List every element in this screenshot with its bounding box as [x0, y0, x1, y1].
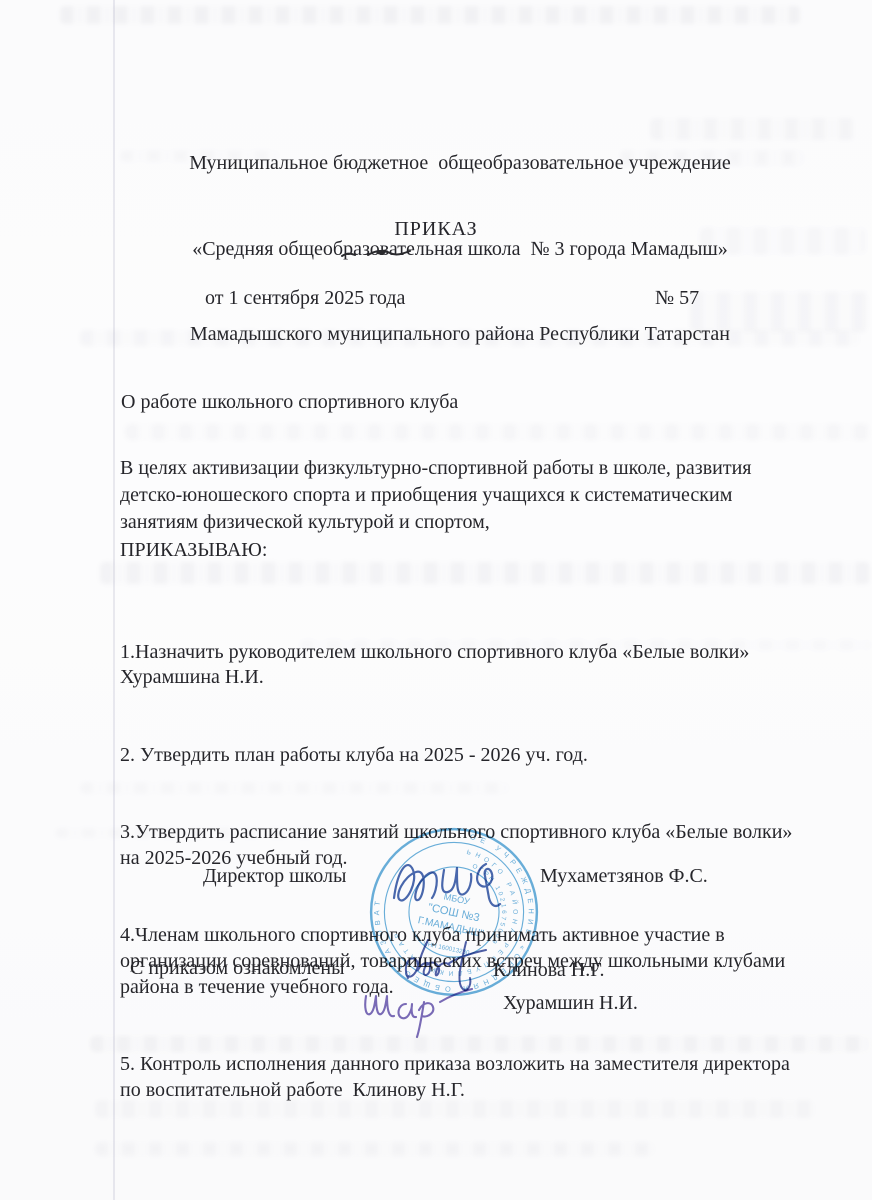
order-title: ПРИКАЗ: [0, 216, 872, 243]
director-name: Мухаметзянов Ф.С.: [540, 863, 708, 890]
order-item: 1.Назначить руководителем школьного спор…: [120, 640, 796, 692]
ink-squiggle-mark: [340, 246, 414, 260]
scan-artifact: [125, 424, 870, 440]
order-number: № 57: [655, 285, 699, 312]
acknowledged-signature-2: [360, 980, 476, 1040]
acknowledged-name-1: Клинова Н.Г.: [493, 957, 605, 984]
scan-artifact: [100, 562, 870, 584]
scanned-document-page: Муниципальное бюджетное общеобразователь…: [0, 0, 872, 1200]
scan-artifact: [60, 6, 800, 24]
order-subject: О работе школьного спортивного клуба: [121, 389, 458, 416]
decree-word: ПРИКАЗЫВАЮ:: [120, 537, 267, 564]
acknowledged-name-2: Хурамшин Н.И.: [503, 990, 638, 1017]
order-item: 5. Контроль исполнения данного приказа в…: [120, 1052, 796, 1104]
order-preamble: В целях активизации физкультурно-спортив…: [120, 455, 780, 536]
letterhead-line-1: Муниципальное бюджетное общеобразователь…: [96, 149, 824, 178]
director-label: Директор школы: [203, 863, 346, 890]
letterhead-line-3: Мамадышского муниципального района Респу…: [96, 320, 824, 349]
director-signature: [388, 852, 520, 912]
order-date: от 1 сентября 2025 года: [205, 285, 405, 312]
letterhead: Муниципальное бюджетное общеобразователь…: [96, 92, 824, 406]
acknowledged-label: С приказом ознакомлены: [130, 955, 345, 982]
order-item: 2. Утвердить план работы клуба на 2025 -…: [120, 743, 796, 769]
